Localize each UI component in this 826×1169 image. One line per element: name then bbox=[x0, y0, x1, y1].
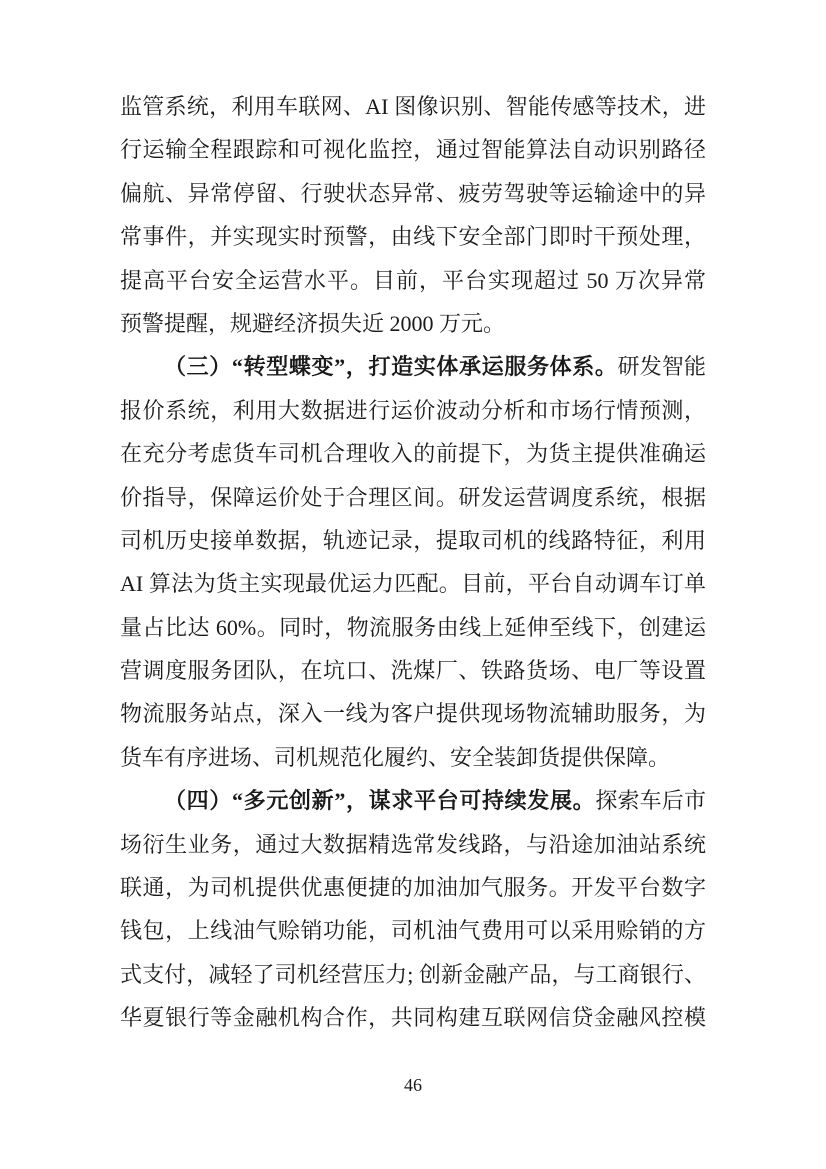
document-body: 监管系统，利用车联网、AI 图像识别、智能传感等技术，进行运输全程跟踪和可视化监… bbox=[120, 85, 706, 1040]
para-diversified-innovation: （四）“多元创新”，谋求平台可持续发展。探索车后市场衍生业务，通过大数据精选常发… bbox=[120, 779, 706, 1039]
text-line: 监管系统，利用车联网、AI 图像识别、智能传感等技术，进 bbox=[120, 85, 706, 128]
heading-text-run: （三）“转型蝶变”，打造实体承运服务体系。 bbox=[164, 354, 618, 379]
text-run: 行运输全程跟踪和可视化监控，通过智能算法自动识别路径 bbox=[120, 137, 706, 162]
text-line: 预警提醒，规避经济损失近 2000 万元。 bbox=[120, 302, 706, 345]
text-run: 价指导，保障运价处于合理区间。研发运营调度系统，根据 bbox=[120, 485, 706, 510]
text-line: 钱包，上线油气赊销功能，司机油气费用可以采用赊销的方 bbox=[120, 909, 706, 952]
text-line: 华夏银行等金融机构合作，共同构建互联网信贷金融风控模 bbox=[120, 996, 706, 1039]
text-run: 货车有序进场、司机规范化履约、安全装卸货提供保障。 bbox=[120, 745, 670, 770]
para-transformation-carrier-service: （三）“转型蝶变”，打造实体承运服务体系。研发智能报价系统，利用大数据进行运价波… bbox=[120, 345, 706, 779]
text-line: 提高平台安全运营水平。目前，平台实现超过 50 万次异常 bbox=[120, 259, 706, 302]
text-line: 物流服务站点，深入一线为客户提供现场物流辅助服务，为 bbox=[120, 692, 706, 735]
text-line: 偏航、异常停留、行驶状态异常、疲劳驾驶等运输途中的异 bbox=[120, 172, 706, 215]
text-run: 司机历史接单数据，轨迹记录，提取司机的线路特征，利用 bbox=[120, 528, 706, 553]
text-run: 探索车后市 bbox=[595, 788, 706, 813]
para-safety-supervision: 监管系统，利用车联网、AI 图像识别、智能传感等技术，进行运输全程跟踪和可视化监… bbox=[120, 85, 706, 345]
page: 监管系统，利用车联网、AI 图像识别、智能传感等技术，进行运输全程跟踪和可视化监… bbox=[0, 0, 826, 1169]
text-line: 场衍生业务，通过大数据精选常发线路，与沿途加油站系统 bbox=[120, 823, 706, 866]
text-line: 货车有序进场、司机规范化履约、安全装卸货提供保障。 bbox=[120, 736, 706, 779]
text-run: 场衍生业务，通过大数据精选常发线路，与沿途加油站系统 bbox=[120, 832, 706, 857]
page-number: 46 bbox=[0, 1074, 826, 1096]
text-line: 行运输全程跟踪和可视化监控，通过智能算法自动识别路径 bbox=[120, 128, 706, 171]
text-line: 司机历史接单数据，轨迹记录，提取司机的线路特征，利用 bbox=[120, 519, 706, 562]
text-line: 报价系统，利用大数据进行运价波动分析和市场行情预测， bbox=[120, 389, 706, 432]
text-run: 预警提醒，规避经济损失近 2000 万元。 bbox=[120, 311, 505, 336]
text-run: 研发智能 bbox=[618, 354, 706, 379]
text-line: 量占比达 60%。同时，物流服务由线上延伸至线下，创建运 bbox=[120, 606, 706, 649]
text-line: （四）“多元创新”，谋求平台可持续发展。探索车后市 bbox=[120, 779, 706, 822]
text-line: 常事件，并实现实时预警，由线下安全部门即时干预处理， bbox=[120, 215, 706, 258]
text-run: 监管系统，利用车联网、AI 图像识别、智能传感等技术，进 bbox=[120, 94, 706, 119]
text-line: 在充分考虑货车司机合理收入的前提下，为货主提供准确运 bbox=[120, 432, 706, 475]
text-run: 提高平台安全运营水平。目前，平台实现超过 50 万次异常 bbox=[120, 268, 706, 293]
text-run: 华夏银行等金融机构合作，共同构建互联网信贷金融风控模 bbox=[120, 1005, 706, 1030]
text-run: 偏航、异常停留、行驶状态异常、疲劳驾驶等运输途中的异 bbox=[120, 181, 706, 206]
text-run: 报价系统，利用大数据进行运价波动分析和市场行情预测， bbox=[120, 398, 706, 423]
text-run: 式支付，减轻了司机经营压力; 创新金融产品，与工商银行、 bbox=[120, 962, 706, 987]
text-line: 营调度服务团队，在坑口、洗煤厂、铁路货场、电厂等设置 bbox=[120, 649, 706, 692]
text-run: 常事件，并实现实时预警，由线下安全部门即时干预处理， bbox=[120, 224, 706, 249]
text-line: 式支付，减轻了司机经营压力; 创新金融产品，与工商银行、 bbox=[120, 953, 706, 996]
text-run: 量占比达 60%。同时，物流服务由线上延伸至线下，创建运 bbox=[120, 615, 706, 640]
text-run: AI 算法为货主实现最优运力匹配。目前，平台自动调车订单 bbox=[120, 571, 706, 596]
text-line: AI 算法为货主实现最优运力匹配。目前，平台自动调车订单 bbox=[120, 562, 706, 605]
text-line: （三）“转型蝶变”，打造实体承运服务体系。研发智能 bbox=[120, 345, 706, 388]
text-run: 钱包，上线油气赊销功能，司机油气费用可以采用赊销的方 bbox=[120, 918, 706, 943]
heading-text-run: （四）“多元创新”，谋求平台可持续发展。 bbox=[164, 788, 595, 813]
text-run: 在充分考虑货车司机合理收入的前提下，为货主提供准确运 bbox=[120, 441, 706, 466]
text-line: 联通，为司机提供优惠便捷的加油加气服务。开发平台数字 bbox=[120, 866, 706, 909]
text-line: 价指导，保障运价处于合理区间。研发运营调度系统，根据 bbox=[120, 476, 706, 519]
text-run: 营调度服务团队，在坑口、洗煤厂、铁路货场、电厂等设置 bbox=[120, 658, 706, 683]
text-run: 物流服务站点，深入一线为客户提供现场物流辅助服务，为 bbox=[120, 701, 706, 726]
document-page: { "page": { "number": "46", "colors": { … bbox=[0, 0, 826, 1169]
text-run: 联通，为司机提供优惠便捷的加油加气服务。开发平台数字 bbox=[120, 875, 706, 900]
